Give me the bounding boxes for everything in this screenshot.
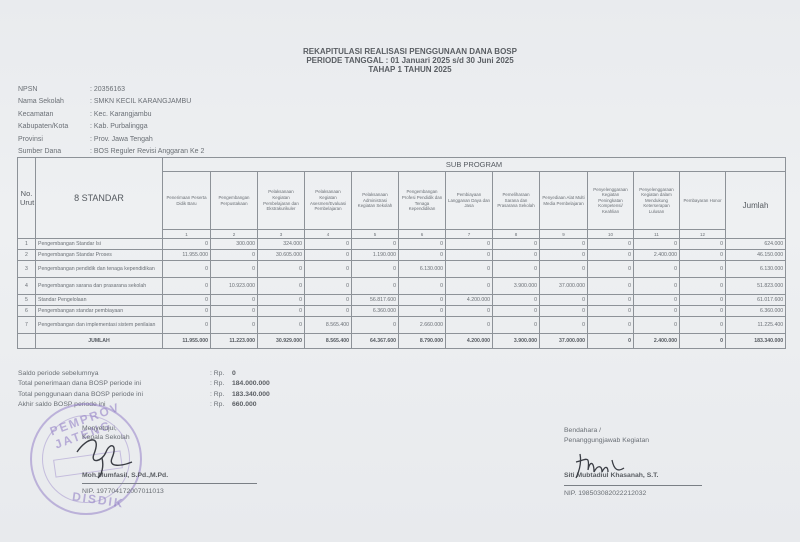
school-stamp: PEMPROV JATENG DISDIK <box>30 403 142 515</box>
principal-name: Moh.Mumfasil, S.Pd.,M.Pd. <box>82 472 168 479</box>
school-info: NPSN: 20356163Nama Sekolah: SMKN KECIL K… <box>18 83 204 158</box>
row-value: 0 <box>680 278 726 295</box>
sub-program-column-number: 3 <box>258 230 305 239</box>
sub-program-column-number: 7 <box>446 230 493 239</box>
row-standar-name: Pengembangan standar pembiayaan <box>36 306 163 317</box>
row-value: 0 <box>305 278 352 295</box>
row-value: 0 <box>588 261 634 278</box>
sub-program-column-number: 8 <box>493 230 540 239</box>
row-value: 0 <box>446 278 493 295</box>
row-value: 0 <box>493 306 540 317</box>
row-value: 0 <box>211 250 258 261</box>
info-label: Provinsi <box>18 136 90 143</box>
row-value: 0 <box>588 295 634 306</box>
summary-label: Saldo periode sebelumnya <box>18 370 210 377</box>
row-value: 0 <box>163 295 211 306</box>
row-value: 0 <box>305 250 352 261</box>
row-value: 0 <box>446 306 493 317</box>
row-value: 0 <box>493 261 540 278</box>
row-value: 0 <box>305 306 352 317</box>
row-number: 1 <box>18 239 36 250</box>
header-sub-program: SUB PROGRAM <box>163 158 786 172</box>
header-jumlah: Jumlah <box>726 172 786 239</box>
row-value: 0 <box>540 239 588 250</box>
row-jumlah: 11.225.400 <box>726 317 786 334</box>
sub-program-column-number: 10 <box>588 230 634 239</box>
row-value: 0 <box>305 239 352 250</box>
row-value: 0 <box>680 317 726 334</box>
sub-program-column-header: Pembayaran Honor <box>680 172 726 230</box>
total-value: 8.565.400 <box>305 334 352 349</box>
total-value: 64.367.600 <box>352 334 399 349</box>
sub-program-column-header: Pengembangan Profesi Pendidik dan Tenaga… <box>399 172 446 230</box>
row-value: 0 <box>588 278 634 295</box>
info-row: Kabupaten/Kota: Kab. Purbalingga <box>18 121 204 134</box>
summary-value: 660.000 <box>232 401 257 408</box>
principal-role-line-1: Menyetujui, <box>82 425 130 434</box>
row-value: 56.817.600 <box>352 295 399 306</box>
info-row: Provinsi: Prov. Jawa Tengah <box>18 133 204 146</box>
info-row: Nama Sekolah: SMKN KECIL KARANGJAMBU <box>18 96 204 109</box>
summary-value: 0 <box>232 370 236 377</box>
row-value: 0 <box>680 306 726 317</box>
info-label: Kecamatan <box>18 111 90 118</box>
info-value: : Kab. Purbalingga <box>90 123 148 130</box>
row-jumlah: 6.130.000 <box>726 261 786 278</box>
row-number: 4 <box>18 278 36 295</box>
row-number: 2 <box>18 250 36 261</box>
sub-program-column-number: 9 <box>540 230 588 239</box>
row-value: 0 <box>446 250 493 261</box>
treasurer-role-line-1: Bendahara / <box>564 426 649 436</box>
row-value: 0 <box>680 295 726 306</box>
info-label: Nama Sekolah <box>18 98 90 105</box>
sub-program-column-number: 6 <box>399 230 446 239</box>
summary-currency: : Rp. <box>210 401 232 408</box>
info-value: : Kec. Karangjambu <box>90 111 151 118</box>
info-label: Kabupaten/Kota <box>18 123 90 130</box>
row-value: 0 <box>446 261 493 278</box>
info-label: NPSN <box>18 86 90 93</box>
signature-block-treasurer: Bendahara / Penanggungjawab Kegiatan Sit… <box>564 426 649 445</box>
summary-label: Total penerimaan dana BOSP periode ini <box>18 380 210 387</box>
row-jumlah: 624.000 <box>726 239 786 250</box>
row-number: 7 <box>18 317 36 334</box>
row-value: 0 <box>305 261 352 278</box>
summary-row: Total penerimaan dana BOSP periode ini: … <box>18 379 270 390</box>
row-value: 0 <box>399 278 446 295</box>
table-row: 7Pengembangan dan implementasi sistem pe… <box>18 317 786 334</box>
row-value: 0 <box>163 239 211 250</box>
row-value: 0 <box>540 306 588 317</box>
summary-row: Akhir saldo BOSP periode ini: Rp.660.000 <box>18 400 270 411</box>
table-total-row: JUMLAH11.955.00011.223.00030.929.0008.56… <box>18 334 786 349</box>
row-number: 3 <box>18 261 36 278</box>
row-standar-name: Pengembangan pendidik dan tenaga kependi… <box>36 261 163 278</box>
row-value: 30.605.000 <box>258 250 305 261</box>
row-value: 0 <box>305 295 352 306</box>
sub-program-column-number: 4 <box>305 230 352 239</box>
treasurer-nip: NIP. 198503082022212032 <box>564 490 646 497</box>
row-value: 6.360.000 <box>352 306 399 317</box>
row-value: 0 <box>588 317 634 334</box>
principal-nip: NIP. 197704172007011013 <box>82 488 164 495</box>
sub-program-column-number: 5 <box>352 230 399 239</box>
row-value: 0 <box>163 306 211 317</box>
info-row: Kecamatan: Kec. Karangjambu <box>18 108 204 121</box>
row-standar-name: Pengembangan sarana dan prasarana sekola… <box>36 278 163 295</box>
row-value: 0 <box>634 317 680 334</box>
total-value: 30.929.000 <box>258 334 305 349</box>
row-value: 0 <box>634 261 680 278</box>
row-value: 0 <box>588 250 634 261</box>
row-standar-name: Standar Pengelolaan <box>36 295 163 306</box>
principal-signature-line <box>82 483 257 484</box>
row-value: 0 <box>540 250 588 261</box>
row-value: 0 <box>352 261 399 278</box>
info-row: NPSN: 20356163 <box>18 83 204 96</box>
summary-row: Saldo periode sebelumnya: Rp.0 <box>18 368 270 379</box>
total-value: 8.790.000 <box>399 334 446 349</box>
treasurer-signature-line <box>564 485 702 486</box>
header-no-urut: No. Urut <box>18 158 36 239</box>
total-row-number <box>18 334 36 349</box>
total-value: 0 <box>588 334 634 349</box>
table-row: 5Standar Pengelolaan000056.817.60004.200… <box>18 295 786 306</box>
row-value: 10.923.000 <box>211 278 258 295</box>
sub-program-column-header: Pelaksanaan Kegiatan Asesmen/Evaluasi Pe… <box>305 172 352 230</box>
signature-block-principal: Menyetujui, Kepala Sekolah Moh.Mumfasil,… <box>82 425 130 442</box>
row-number: 5 <box>18 295 36 306</box>
row-value: 0 <box>634 306 680 317</box>
row-value: 0 <box>258 295 305 306</box>
sub-program-column-number: 11 <box>634 230 680 239</box>
row-standar-name: Pengembangan Standar Proses <box>36 250 163 261</box>
row-value: 0 <box>399 306 446 317</box>
document-page: REKAPITULASI REALISASI PENGGUNAAN DANA B… <box>0 0 800 542</box>
row-jumlah: 46.150.000 <box>726 250 786 261</box>
summary-value: 184.000.000 <box>232 380 270 387</box>
row-value: 0 <box>634 278 680 295</box>
row-value: 0 <box>493 250 540 261</box>
row-value: 11.955.000 <box>163 250 211 261</box>
row-value: 0 <box>399 239 446 250</box>
row-value: 324.000 <box>258 239 305 250</box>
table-row: 4Pengembangan sarana dan prasarana sekol… <box>18 278 786 295</box>
sub-program-column-header: Pelaksanaan Administrasi Kegiatan Sekola… <box>352 172 399 230</box>
row-value: 0 <box>211 306 258 317</box>
title-line-2: PERIODE TANGGAL : 01 Januari 2025 s/d 30… <box>250 56 570 65</box>
row-value: 0 <box>258 306 305 317</box>
summary-label: Total penggunaan dana BOSP periode ini <box>18 391 210 398</box>
row-value: 0 <box>352 317 399 334</box>
row-value: 1.190.000 <box>352 250 399 261</box>
row-value: 0 <box>493 239 540 250</box>
row-value: 0 <box>634 295 680 306</box>
row-value: 0 <box>493 295 540 306</box>
row-value: 0 <box>540 295 588 306</box>
total-value: 0 <box>680 334 726 349</box>
row-number: 6 <box>18 306 36 317</box>
header-standar: 8 STANDAR <box>36 158 163 239</box>
row-value: 0 <box>446 317 493 334</box>
row-jumlah: 6.360.000 <box>726 306 786 317</box>
summary-label: Akhir saldo BOSP periode ini <box>18 401 210 408</box>
row-value: 0 <box>163 317 211 334</box>
info-value: : 20356163 <box>90 86 125 93</box>
sub-program-column-header: Pemeliharaan Sarana dan Prasarana Sekola… <box>493 172 540 230</box>
row-value: 0 <box>258 278 305 295</box>
row-value: 0 <box>399 295 446 306</box>
row-value: 0 <box>540 317 588 334</box>
info-value: : Prov. Jawa Tengah <box>90 136 153 143</box>
title-line-1: REKAPITULASI REALISASI PENGGUNAAN DANA B… <box>250 47 570 56</box>
total-value: 11.223.000 <box>211 334 258 349</box>
sub-program-column-number: 2 <box>211 230 258 239</box>
row-value: 2.660.000 <box>399 317 446 334</box>
row-value: 0 <box>680 261 726 278</box>
row-value: 0 <box>258 317 305 334</box>
row-value: 0 <box>211 261 258 278</box>
summary-block: Saldo periode sebelumnya: Rp.0Total pene… <box>18 368 270 410</box>
row-value: 2.400.000 <box>634 250 680 261</box>
row-value: 0 <box>352 239 399 250</box>
row-value: 0 <box>399 250 446 261</box>
row-jumlah: 51.823.000 <box>726 278 786 295</box>
summary-currency: : Rp. <box>210 370 232 377</box>
sub-program-column-header: Pembiayaan Langganan Daya dan Jasa <box>446 172 493 230</box>
sub-program-column-header: Pengembangan Perpustakaan <box>211 172 258 230</box>
total-value: 3.900.000 <box>493 334 540 349</box>
sub-program-column-number: 12 <box>680 230 726 239</box>
table-row: 2Pengembangan Standar Proses11.955.00003… <box>18 250 786 261</box>
row-value: 0 <box>211 295 258 306</box>
row-value: 8.565.400 <box>305 317 352 334</box>
row-value: 0 <box>163 278 211 295</box>
info-value: : SMKN KECIL KARANGJAMBU <box>90 98 191 105</box>
row-value: 0 <box>258 261 305 278</box>
info-value: : BOS Reguler Revisi Anggaran Ke 2 <box>90 148 204 155</box>
table-row: 3Pengembangan pendidik dan tenaga kepend… <box>18 261 786 278</box>
total-label: JUMLAH <box>36 334 163 349</box>
sub-program-column-header: Pelaksanaan Kegiatan Pembelajaran dan Ek… <box>258 172 305 230</box>
recap-table: No. Urut 8 STANDAR SUB PROGRAM Penerimaa… <box>17 157 786 349</box>
total-value: 4.200.000 <box>446 334 493 349</box>
row-value: 4.200.000 <box>446 295 493 306</box>
sub-program-column-header: Penyediaan Alat Multi Media Pembelajaran <box>540 172 588 230</box>
row-standar-name: Pengembangan Standar Isi <box>36 239 163 250</box>
info-label: Sumber Dana <box>18 148 90 155</box>
treasurer-role-line-2: Penanggungjawab Kegiatan <box>564 436 649 446</box>
summary-row: Total penggunaan dana BOSP periode ini: … <box>18 389 270 400</box>
row-value: 0 <box>540 261 588 278</box>
row-value: 0 <box>493 317 540 334</box>
row-value: 37.000.000 <box>540 278 588 295</box>
row-value: 6.130.000 <box>399 261 446 278</box>
row-value: 0 <box>680 239 726 250</box>
document-title: REKAPITULASI REALISASI PENGGUNAAN DANA B… <box>250 47 570 74</box>
total-value: 2.400.000 <box>634 334 680 349</box>
total-value: 11.955.000 <box>163 334 211 349</box>
row-value: 0 <box>680 250 726 261</box>
treasurer-name: Siti Mubtadiul Khasanah, S.T. <box>564 472 658 479</box>
summary-currency: : Rp. <box>210 380 232 387</box>
table-row: 6Pengembangan standar pembiayaan00006.36… <box>18 306 786 317</box>
title-line-3: TAHAP 1 TAHUN 2025 <box>250 65 570 74</box>
row-value: 0 <box>352 278 399 295</box>
row-value: 0 <box>446 239 493 250</box>
row-value: 300.000 <box>211 239 258 250</box>
sub-program-column-header: Penyelenggaraan Kegiatan Peningkatan Kom… <box>588 172 634 230</box>
row-value: 0 <box>588 306 634 317</box>
row-value: 3.900.000 <box>493 278 540 295</box>
sub-program-column-header: Penyelenggaraan Kegiatan dalam Mendukung… <box>634 172 680 230</box>
row-value: 0 <box>588 239 634 250</box>
row-value: 0 <box>211 317 258 334</box>
row-standar-name: Pengembangan dan implementasi sistem pen… <box>36 317 163 334</box>
sub-program-column-number: 1 <box>163 230 211 239</box>
total-value: 37.000.000 <box>540 334 588 349</box>
row-value: 0 <box>634 239 680 250</box>
sub-program-column-header: Penerimaan Peserta Didik Baru <box>163 172 211 230</box>
summary-value: 183.340.000 <box>232 391 270 398</box>
table-row: 1Pengembangan Standar Isi0300.000324.000… <box>18 239 786 250</box>
row-value: 0 <box>163 261 211 278</box>
summary-currency: : Rp. <box>210 391 232 398</box>
total-jumlah: 183.340.000 <box>726 334 786 349</box>
principal-role-line-2: Kepala Sekolah <box>82 434 130 443</box>
row-jumlah: 61.017.600 <box>726 295 786 306</box>
